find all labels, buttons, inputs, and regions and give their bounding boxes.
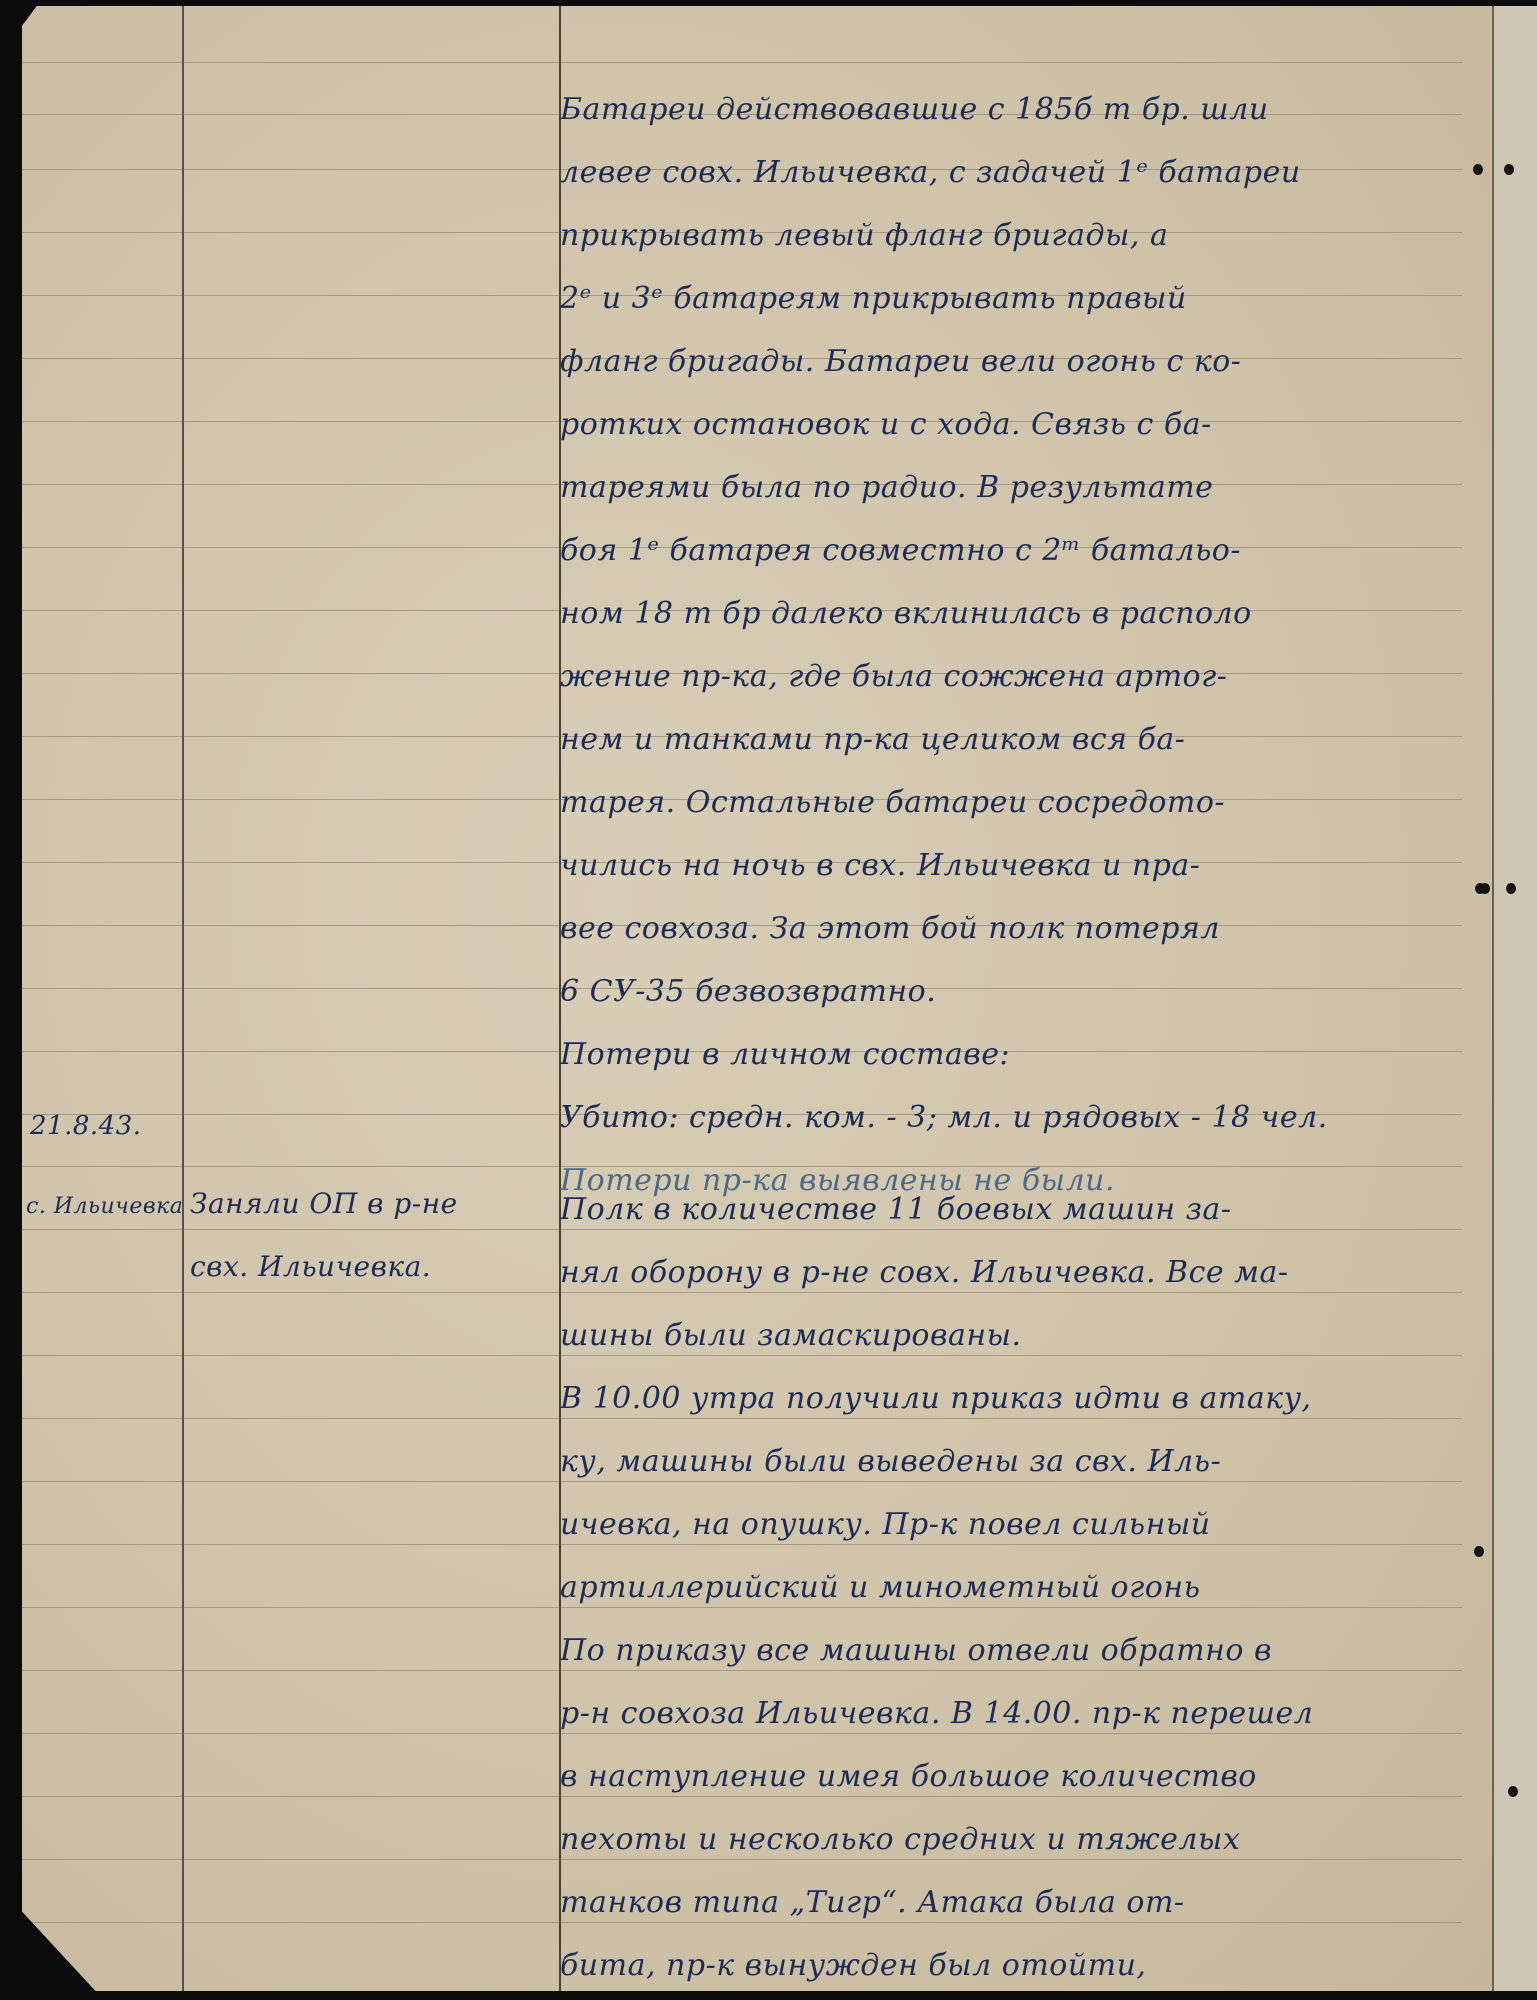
text-line: левее совх. Ильичевка, с задачей 1ᵉ бата… [560, 141, 1440, 204]
text-line: ку, машины были выведены за свх. Иль- [560, 1430, 1440, 1493]
text-line: р-н совхоза Ильичевка. В 14.00. пр-к пер… [560, 1682, 1440, 1745]
binder-hole [1508, 1786, 1518, 1797]
binder-hole [1504, 164, 1514, 175]
text-line: В 10.00 утра получили приказ идти в атак… [560, 1367, 1440, 1430]
text-line: 6 СУ-35 безвозвратно. [560, 960, 1440, 1023]
text-line: прикрывать левый фланг бригады, а [560, 204, 1440, 267]
summary-line: Заняли ОП в р-не [190, 1172, 458, 1235]
text-line: ном 18 т бр далеко вклинилась в располо [560, 582, 1440, 645]
entry-summary: Заняли ОП в р-не свх. Ильичевка. [190, 1172, 458, 1298]
binder-hole [1473, 164, 1483, 175]
text-line: тарея. Остальные батареи сосредото- [560, 771, 1440, 834]
binder-hole [1480, 883, 1490, 894]
text-line: танков типа „Тигр“. Атака была от- [560, 1871, 1440, 1934]
ledger-rule [22, 62, 1462, 63]
text-line: в наступление имея большое количество [560, 1745, 1440, 1808]
summary-line: свх. Ильичевка. [190, 1235, 458, 1298]
losses-heading: Потери в личном составе: [560, 1023, 1440, 1086]
text-line: тареями была по радио. В результате [560, 456, 1440, 519]
text-line: артиллерийский и минометный огонь [560, 1556, 1440, 1619]
text-line: Полк в количестве 11 боевых машин за- [560, 1178, 1440, 1241]
text-line: Батареи действовавшие с 185б т бр. шли [560, 78, 1440, 141]
binder-hole [1506, 883, 1516, 894]
text-line: ротких остановок и с хода. Связь с ба- [560, 393, 1440, 456]
text-line: шины были замаскированы. [560, 1304, 1440, 1367]
text-line: ичевка, на опушку. Пр-к повел сильный [560, 1493, 1440, 1556]
text-line: чились на ночь в свх. Ильичевка и пра- [560, 834, 1440, 897]
text-line: боя 1ᵉ батарея совместно с 2ᵐ батальо- [560, 519, 1440, 582]
text-line: пехоты и несколько средних и тяжелых [560, 1808, 1440, 1871]
text-line: 2ᵉ и 3ᵉ батареям прикрывать правый [560, 267, 1440, 330]
losses-killed: Убито: средн. ком. - 3; мл. и рядовых - … [560, 1086, 1440, 1149]
next-page-edge [1494, 6, 1537, 1991]
entry-continued-text: Батареи действовавшие с 185б т бр. шли л… [560, 78, 1440, 1212]
text-line: бита, пр-к вынужден был отойти, [560, 1934, 1440, 1997]
text-line: жение пр-ка, где была сожжена артог- [560, 645, 1440, 708]
text-line: По приказу все машины отвели обратно в [560, 1619, 1440, 1682]
column-divider-1 [182, 6, 184, 1991]
entry-date: 21.8.43. [30, 1095, 142, 1158]
text-line: нял оборону в р-не совх. Ильичевка. Все … [560, 1241, 1440, 1304]
binder-hole [1474, 1546, 1484, 1557]
entry-place: с. Ильичевка [26, 1175, 183, 1238]
text-line: фланг бригады. Батареи вели огонь с ко- [560, 330, 1440, 393]
text-line: нем и танками пр-ка целиком вся ба- [560, 708, 1440, 771]
entry-2-text: Полк в количестве 11 боевых машин за- ня… [560, 1178, 1440, 1997]
text-line: вее совхоза. За этот бой полк потерял [560, 897, 1440, 960]
